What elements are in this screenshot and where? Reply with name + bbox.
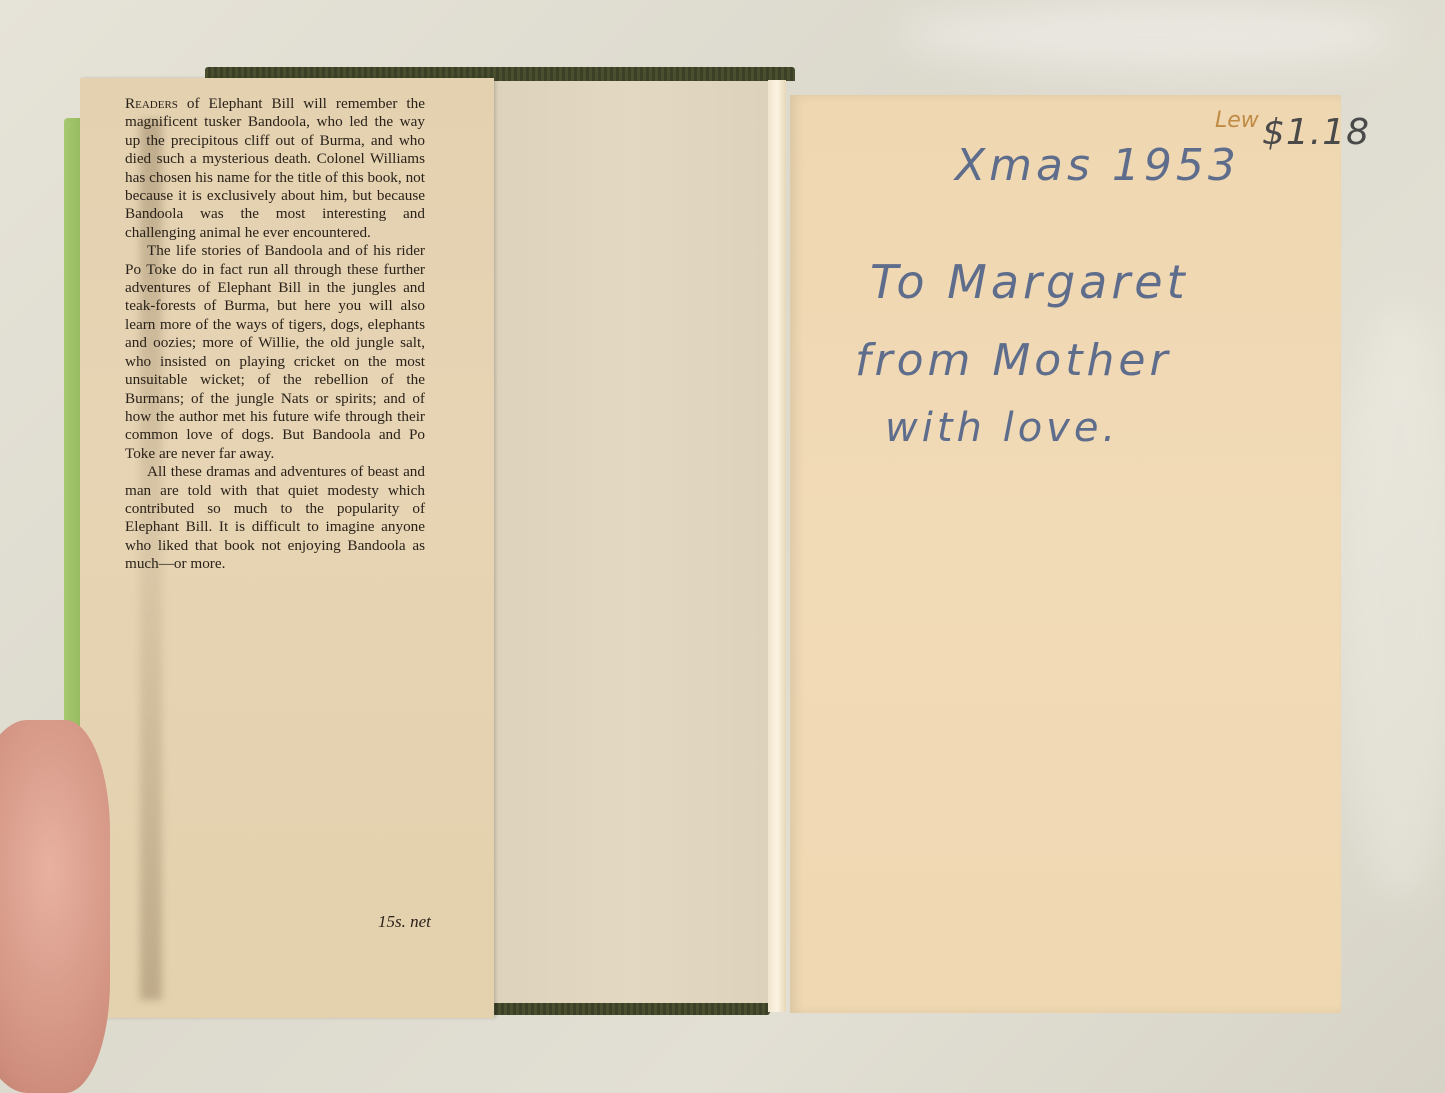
inscription-to: To Margaret — [870, 255, 1189, 309]
inside-cover-endpaper — [494, 81, 769, 1003]
jacket-price: 15s. net — [378, 912, 431, 932]
cloth-highlight — [900, 0, 1400, 70]
blurb-paragraph: The life stories of Bandoola and of his … — [125, 242, 425, 463]
page-block-edges — [768, 80, 786, 1012]
inscription-love: with love. — [885, 405, 1119, 451]
hand-holding-book — [0, 720, 110, 1093]
blurb-paragraph: All these dramas and adventures of beast… — [125, 463, 425, 573]
inscription-from: from Mother — [855, 335, 1172, 386]
pencil-price: $1.18 — [1262, 112, 1370, 153]
cloth-highlight — [1340, 300, 1445, 900]
front-free-endpaper — [790, 95, 1341, 1013]
blurb-lead: Readers — [125, 95, 178, 112]
inscription-date: Xmas 1953 — [955, 140, 1240, 191]
pencil-note: Lew — [1215, 108, 1259, 133]
flap-blurb: Readers of Elephant Bill will remember t… — [125, 95, 425, 574]
blurb-text: of Elephant Bill will remember the magni… — [125, 95, 425, 241]
blurb-paragraph: Readers of Elephant Bill will remember t… — [125, 95, 425, 242]
